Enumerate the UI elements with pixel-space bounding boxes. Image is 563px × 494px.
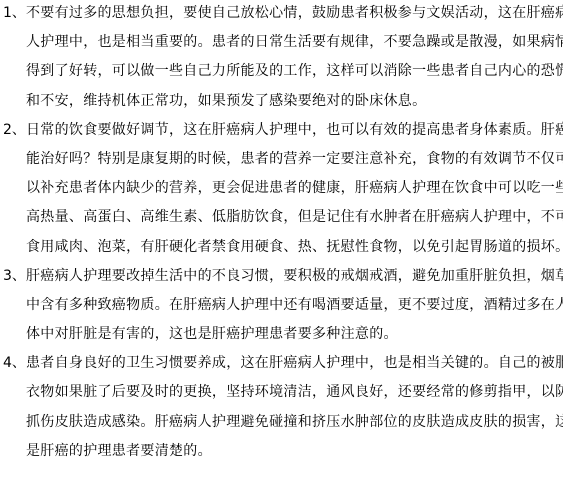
- text-line: 食用咸肉、泡菜，有肝硬化者禁食用硬食、热、抚慰性食物，以免引起胃肠道的损坏。: [26, 233, 563, 262]
- text-line: 患者自身良好的卫生习惯要养成，这在肝癌病人护理中，也是相当关键的。自己的被服: [26, 349, 563, 378]
- text-line: 衣物如果脏了后要及时的更换，坚持环境清洁，通风良好，还要经常的修剪指甲，以防: [26, 378, 563, 407]
- text-line: 中含有多种致癌物质。在肝癌病人护理中还有喝酒要适量，更不要过度，酒精过多在人: [26, 291, 563, 320]
- article-body: 1、 不要有过多的思想负担，要使自己放松心情，鼓励患者积极参与文娱活动，这在肝癌…: [0, 0, 563, 466]
- list-item-3: 3、 肝癌病人护理要改掉生活中的不良习惯，要积极的戒烟戒酒，避免加重肝脏负担，烟…: [0, 262, 563, 350]
- text-line: 得到了好转，可以做一些自己力所能及的工作，这样可以消除一些患者自己内心的恐慌: [26, 57, 563, 86]
- list-item-1: 1、 不要有过多的思想负担，要使自己放松心情，鼓励患者积极参与文娱活动，这在肝癌…: [0, 0, 563, 116]
- text-line: 能治好吗？特别是康复期的时候，患者的营养一定要注意补充，食物的有效调节不仅可: [26, 145, 563, 174]
- text-line: 和不安，维持机体正常功，如果预发了感染要绝对的卧床休息。: [26, 87, 563, 116]
- text-line: 人护理中，也是相当重要的。患者的日常生活要有规律，不要急躁或是散漫，如果病情: [26, 28, 563, 57]
- item-number: 4、: [3, 349, 26, 378]
- text-line: 肝癌病人护理要改掉生活中的不良习惯，要积极的戒烟戒酒，避免加重肝脏负担，烟草: [26, 262, 563, 291]
- text-line: 体中对肝脏是有害的，这也是肝癌护理患者要多种注意的。: [26, 320, 563, 349]
- list-item-2: 2、 日常的饮食要做好调节，这在肝癌病人护理中，也可以有效的提高患者身体素质。肝…: [0, 116, 563, 262]
- text-line: 日常的饮食要做好调节，这在肝癌病人护理中，也可以有效的提高患者身体素质。肝癌: [26, 116, 563, 145]
- text-line: 不要有过多的思想负担，要使自己放松心情，鼓励患者积极参与文娱活动，这在肝癌病: [26, 0, 563, 28]
- item-number: 2、: [3, 116, 26, 145]
- item-number: 1、: [3, 0, 26, 28]
- text-line: 是肝癌的护理患者要清楚的。: [26, 437, 563, 466]
- list-item-4: 4、 患者自身良好的卫生习惯要养成，这在肝癌病人护理中，也是相当关键的。自己的被…: [0, 349, 563, 466]
- item-number: 3、: [3, 262, 26, 291]
- text-line: 以补充患者体内缺少的营养，更会促进患者的健康，肝癌病人护理在饮食中可以吃一些: [26, 174, 563, 203]
- text-line: 抓伤皮肤造成感染。肝癌病人护理避免碰撞和挤压水肿部位的皮肤造成皮肤的损害，这: [26, 408, 563, 437]
- text-line: 高热量、高蛋白、高维生素、低脂肪饮食，但是记住有水肿者在肝癌病人护理中，不可: [26, 203, 563, 232]
